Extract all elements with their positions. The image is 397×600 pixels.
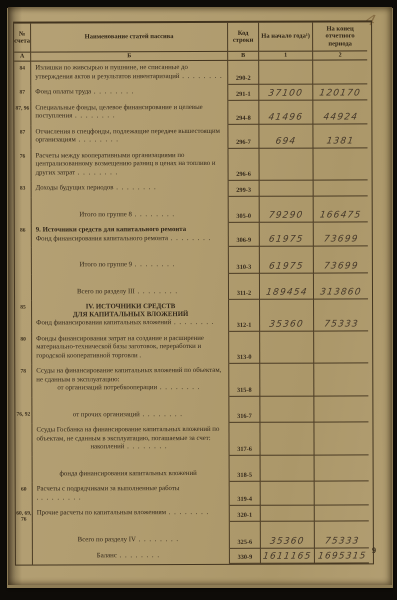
table-row: 78Ссуды на финансирование капитальных вл… — [15, 364, 372, 398]
handwritten-value: 73699 — [323, 261, 359, 271]
table-row: Итого по группе 8 . . . . . . . .305-079… — [15, 196, 372, 224]
account-number-cell: 83 — [15, 182, 32, 198]
header-account-number: № счета — [14, 24, 31, 53]
item-name-text: Прочие расчеты по капитальным вложениям … — [37, 509, 226, 518]
dot-leader: . . . . . . . . — [140, 411, 183, 418]
document-page: 4 № счета Наименование статей пассива Ко… — [8, 7, 392, 585]
column-letter: 1 — [259, 52, 313, 61]
page-number: 9 — [372, 546, 376, 555]
handwritten-value: 189454 — [265, 288, 308, 298]
row-code-cell: 318-5 — [230, 456, 261, 483]
row-code-cell: 313-0 — [229, 332, 260, 365]
row-code-cell: 296-6 — [228, 149, 259, 182]
account-number-cell: 76 — [14, 149, 31, 182]
table-row: 60, 69, 76Прочие расчеты по капитальным … — [16, 506, 373, 523]
row-code-cell: 294-8 — [228, 101, 259, 125]
item-name-cell: Отчисления в спецфонды, подлежащие перед… — [31, 125, 228, 150]
dot-leader: . . . . . . . . — [76, 137, 119, 144]
table-row: Итого по группе 9 . . . . . . . .310-361… — [15, 247, 372, 275]
account-number-cell — [15, 248, 32, 275]
account-number-cell — [16, 523, 33, 550]
account-number-cell — [15, 424, 32, 457]
column-letter: В — [228, 52, 259, 61]
value-start-of-year-cell: 189454 — [260, 273, 314, 300]
table-row: 76Расчеты между кооперативными организац… — [14, 148, 371, 182]
value-start-of-year-cell — [259, 61, 313, 85]
table-row: 80Фонды финансирования затрат на создани… — [15, 331, 372, 365]
value-end-of-period-cell — [315, 455, 369, 482]
row-code-cell: 316-7 — [229, 397, 260, 424]
value-end-of-period-cell: 1695315 — [315, 548, 369, 564]
handwritten-value: 166475 — [319, 211, 362, 221]
item-name-text: Излишки по живсырью и пушнине, не списан… — [35, 64, 224, 82]
account-number-cell: 78 — [15, 365, 32, 398]
header-item-name: Наименование статей пассива — [31, 23, 228, 53]
value-end-of-period-cell — [314, 423, 368, 456]
value-end-of-period-cell — [313, 148, 367, 181]
item-name-text: от прочих организаций . . . . . . . . — [36, 411, 225, 420]
item-name-cell: фонда финансирования капитальных вложени… — [33, 456, 230, 483]
item-name-cell: Итого по группе 8 . . . . . . . . — [32, 197, 229, 224]
dot-leader: . . . . . . . . — [168, 235, 211, 242]
account-number-cell: 60 — [16, 483, 33, 507]
dot-leader: . . . . . . . . — [114, 184, 157, 191]
handwritten-value: 120170 — [319, 88, 362, 98]
row-code-cell: 310-3 — [229, 247, 260, 274]
item-name-text: Всего по разделу IV . . . . . . . . — [37, 536, 226, 545]
row-code-cell: 330-9 — [230, 549, 261, 565]
item-name-text: Фонд оплаты труда . . . . . . . . — [35, 88, 224, 97]
item-name-cell: 9. Источники средств для капитального ре… — [32, 223, 229, 248]
account-number-cell: 84 — [14, 62, 31, 86]
value-start-of-year-cell — [261, 455, 315, 482]
item-name-cell: Всего по разделу III . . . . . . . . — [32, 274, 229, 301]
value-end-of-period-cell: 1381 — [313, 124, 367, 148]
item-name-cell: Прочие расчеты по капитальным вложениям … — [33, 506, 230, 523]
handwritten-value: 35360 — [269, 320, 305, 330]
item-name-cell: Расчеты с подрядчиками за выполненные ра… — [33, 482, 230, 507]
account-number-cell — [16, 456, 33, 483]
table-row: 83Доходы будущих периодов . . . . . . . … — [15, 181, 372, 198]
dot-leader: . . . . . . . . — [124, 443, 167, 450]
handwritten-value: 313860 — [320, 288, 363, 298]
item-name-text: Всего по разделу III . . . . . . . . — [36, 288, 225, 297]
column-letter: А — [14, 53, 31, 62]
item-name-text: Фонды финансирования затрат на создание … — [36, 335, 225, 361]
table-row: 869. Источники средств для капитального … — [15, 223, 372, 248]
item-name-cell: Всего по разделу IV . . . . . . . . — [33, 522, 230, 549]
item-name-cell: Фонд оплаты труда . . . . . . . . — [31, 85, 228, 101]
handwritten-value: 79290 — [268, 211, 304, 221]
row-code-cell: 312-1 — [229, 300, 260, 332]
row-code-cell: 320-1 — [230, 506, 261, 522]
row-code-cell: 291-1 — [228, 85, 259, 101]
balance-sheet-table: № счета Наименование статей пассива Код … — [13, 20, 374, 566]
row-code-cell: 306-9 — [229, 223, 260, 247]
value-end-of-period-cell: 75333 — [314, 300, 368, 332]
handwritten-value: 37100 — [268, 88, 304, 98]
account-number-cell: 87 — [14, 86, 31, 102]
value-start-of-year-cell: 37100 — [259, 85, 313, 101]
table-row: Баланс . . . . . . . .330-91611165169531… — [16, 548, 373, 565]
item-name-text: Расчеты с подрядчиками за выполненные ра… — [37, 485, 226, 503]
column-letter: 2 — [313, 52, 367, 61]
value-end-of-period-cell — [313, 61, 367, 85]
handwritten-value: 35360 — [269, 536, 305, 546]
handwritten-value: 73699 — [323, 235, 359, 245]
dot-leader: . . . . . . . . — [132, 261, 175, 268]
dot-leader: . . . . . . . . — [117, 552, 160, 559]
dot-leader: . . . . . . . . — [72, 113, 115, 120]
item-name-text: Доходы будущих периодов . . . . . . . . — [36, 184, 225, 193]
value-end-of-period-cell: 75333 — [315, 522, 369, 549]
value-start-of-year-cell: 61975 — [260, 223, 314, 247]
dot-leader: . . . . . . . . — [38, 494, 81, 501]
item-name-cell: Баланс . . . . . . . . — [33, 549, 230, 565]
dot-leader: . . . . . . . . — [132, 211, 175, 218]
account-number-cell — [16, 549, 33, 565]
row-code-cell: 296-7 — [228, 125, 259, 149]
account-number-cell: 87 — [14, 125, 31, 149]
item-name-cell: Ссуды Госбанка на финансирование капитал… — [32, 423, 229, 456]
value-end-of-period-cell — [314, 364, 368, 397]
value-end-of-period-cell: 44924 — [313, 100, 367, 124]
table-row: 87Фонд оплаты труда . . . . . . . .291-1… — [14, 85, 371, 102]
table-body: 84Излишки по живсырью и пушнине, не спис… — [14, 61, 373, 565]
item-name-text: Специальные фонды, целевое финансировани… — [35, 104, 224, 122]
value-start-of-year-cell — [261, 506, 315, 522]
value-end-of-period-cell — [315, 482, 369, 506]
value-start-of-year-cell: 1611165 — [261, 548, 315, 564]
account-number-cell: 60, 69, 76 — [16, 507, 33, 523]
item-name-cell: Специальные фонды, целевое финансировани… — [31, 101, 228, 126]
table-row: Всего по разделу IV . . . . . . . .325-6… — [16, 522, 373, 550]
item-name-text: Итого по группе 9 . . . . . . . . — [36, 261, 225, 270]
account-number-cell: 87, 96 — [14, 101, 31, 125]
dot-leader: . . . . . . . . — [135, 288, 178, 295]
item-name-text: фонда финансирования капитальных вложени… — [37, 470, 226, 479]
row-code-cell: 290-2 — [228, 61, 259, 85]
item-name-cell: Фонды финансирования затрат на создание … — [32, 332, 229, 365]
item-name-cell: Расчеты между кооперативными организация… — [31, 149, 228, 182]
item-subline-text: накоплений . . . . . . . . — [37, 443, 226, 452]
value-end-of-period-cell — [314, 331, 368, 364]
handwritten-value: 41496 — [268, 112, 304, 122]
item-name-text: Баланс . . . . . . . . — [37, 552, 226, 561]
item-name-cell: Ссуды на финансирование капитальных влож… — [32, 364, 229, 397]
row-code-cell: 299-3 — [229, 181, 260, 197]
row-code-cell: 325-6 — [230, 522, 261, 549]
item-name-text: Фонд финансирования капитальных вложений… — [36, 319, 225, 328]
handwritten-value: 61975 — [268, 235, 304, 245]
row-code-cell: 315-8 — [229, 364, 260, 397]
value-end-of-period-cell: 120170 — [313, 85, 367, 101]
row-code-cell: 319-4 — [230, 482, 261, 506]
scanned-page-background: 4 № счета Наименование статей пассива Ко… — [0, 0, 397, 600]
value-start-of-year-cell — [259, 148, 313, 181]
value-end-of-period-cell: 166475 — [314, 196, 368, 223]
item-name-cell: Итого по группе 9 . . . . . . . . — [32, 247, 229, 274]
value-end-of-period-cell: 313860 — [314, 273, 368, 300]
dot-leader: . . . . . . . . — [157, 384, 200, 391]
value-start-of-year-cell: 694 — [259, 124, 313, 148]
value-start-of-year-cell — [260, 364, 314, 397]
account-number-cell: 80 — [15, 333, 32, 366]
table-row: Всего по разделу III . . . . . . . .311-… — [15, 273, 372, 301]
dot-leader: . . . . . . . . — [166, 509, 209, 516]
handwritten-value: 75333 — [324, 536, 360, 546]
value-end-of-period-cell — [314, 181, 368, 197]
item-subline-text: от организаций потребкооперации . . . . … — [36, 384, 225, 393]
header-end-of-period: На конец отчетного периода — [313, 22, 367, 52]
handwritten-value: 75333 — [323, 319, 359, 329]
table-row: 76, 92от прочих организаций . . . . . . … — [15, 396, 372, 424]
value-start-of-year-cell — [260, 423, 314, 456]
item-name-text: Расчеты между кооперативными организация… — [36, 152, 225, 178]
handwritten-value: 61975 — [268, 261, 304, 271]
dot-leader: . . . . . . . . — [136, 536, 179, 543]
account-number-cell: 76, 92 — [15, 397, 32, 424]
table-row: 85IV. ИСТОЧНИКИ СРЕДСТВДЛЯ КАПИТАЛЬНЫХ В… — [15, 300, 372, 333]
value-start-of-year-cell: 79290 — [260, 196, 314, 223]
row-code-cell: 311-2 — [229, 273, 260, 300]
item-name-cell: Доходы будущих периодов . . . . . . . . — [32, 181, 229, 197]
handwritten-value: 694 — [275, 136, 297, 146]
item-name-text: Отчисления в спецфонды, подлежащие перед… — [35, 128, 224, 146]
value-start-of-year-cell — [260, 181, 314, 197]
table-row: 60Расчеты с подрядчиками за выполненные … — [16, 482, 373, 507]
account-number-cell — [15, 274, 32, 301]
value-start-of-year-cell: 41496 — [259, 100, 313, 124]
item-name-text: Ссуды на финансирование капитальных влож… — [36, 367, 225, 385]
handwritten-value: 44924 — [322, 112, 358, 122]
item-name-text: Ссуды Госбанка на финансирование капитал… — [36, 426, 225, 444]
table-row: 84Излишки по живсырью и пушнине, не спис… — [14, 61, 371, 86]
table-row: фонда финансирования капитальных вложени… — [16, 455, 373, 483]
handwritten-value: 1611165 — [262, 552, 312, 562]
header-line-code: Код строки — [228, 23, 259, 53]
item-name-text: Итого по группе 8 . . . . . . . . — [36, 211, 225, 220]
account-number-cell: 86 — [15, 224, 32, 248]
dot-leader: . . . . . . . . — [171, 319, 214, 326]
value-start-of-year-cell — [260, 396, 314, 423]
table-row: 87, 96Специальные фонды, целевое финанси… — [14, 100, 371, 125]
dot-leader: . . . . . . . . — [179, 73, 222, 80]
header-begin-of-year: На начало года¹) — [259, 23, 313, 53]
dot-leader: . . . . . . . . — [91, 89, 134, 96]
value-end-of-period-cell — [314, 396, 368, 423]
row-code-cell: 305-0 — [229, 197, 260, 224]
row-code-cell: 317-6 — [229, 423, 260, 456]
account-number-cell — [15, 197, 32, 224]
dot-leader: . . . . . . . . — [75, 169, 118, 176]
handwritten-value: 1695315 — [317, 552, 367, 562]
value-end-of-period-cell: 73699 — [314, 247, 368, 274]
account-number-cell: 85 — [15, 301, 32, 333]
item-name-cell: от прочих организаций . . . . . . . . — [32, 397, 229, 424]
table-row: 87Отчисления в спецфонды, подлежащие пер… — [14, 124, 371, 149]
value-start-of-year-cell — [260, 332, 314, 365]
item-name-text: Фонд финансирования капитального ремонта… — [36, 235, 225, 244]
value-start-of-year-cell — [261, 482, 315, 506]
value-end-of-period-cell — [315, 506, 369, 522]
value-start-of-year-cell: 35360 — [261, 522, 315, 549]
value-start-of-year-cell: 35360 — [260, 300, 314, 332]
table-header-row: № счета Наименование статей пассива Код … — [14, 22, 371, 53]
handwritten-value: 1381 — [326, 136, 355, 146]
item-name-cell: Излишки по живсырью и пушнине, не списан… — [31, 61, 228, 86]
item-name-cell: IV. ИСТОЧНИКИ СРЕДСТВДЛЯ КАПИТАЛЬНЫХ ВЛО… — [32, 300, 229, 332]
table-row: Ссуды Госбанка на финансирование капитал… — [15, 423, 372, 457]
value-end-of-period-cell: 73699 — [314, 223, 368, 247]
value-start-of-year-cell: 61975 — [260, 247, 314, 274]
